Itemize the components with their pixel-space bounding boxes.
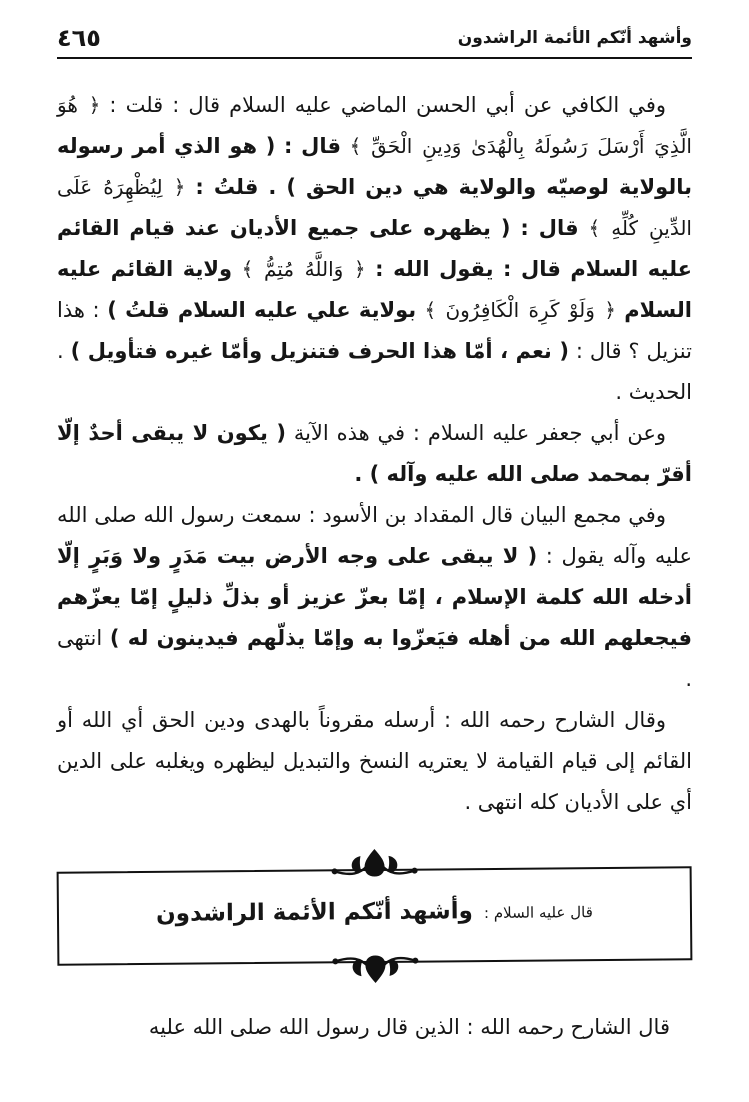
hadith-box-text: قال عليه السلام : وأشهد أنّكم الأئمة الر… [156,897,593,927]
paragraph: وقال الشارح رحمه الله : أرسله مقروناً با… [57,700,692,823]
hadith-box-quote: وأشهد أنّكم الأئمة الراشدون [156,898,473,927]
quran-verse: ﴿ وَاللَّهُ مُتِمُّ ﴾ [242,257,366,281]
page-number: ٤٦٥ [57,26,101,50]
text-segment: بولاية علي عليه السلام قلتُ ) [107,298,424,322]
text-segment: وفي الكافي عن أبي الحسن الماضي عليه السل… [100,93,666,117]
hadith-box-lead: قال عليه السلام : [484,903,593,922]
running-title: وأشهد أنّكم الأئمة الراشدون [458,28,692,48]
arabesque-finial-bottom-icon [305,953,445,984]
text-segment: وعن أبي جعفر عليه السلام : في هذه الآية [286,421,666,445]
header-rule [57,57,692,59]
text-segment: ( نعم ، أمّا هذا الحرف فتنزيل وأمّا غيره… [71,339,569,363]
hadith-box: قال عليه السلام : وأشهد أنّكم الأئمة الر… [57,866,693,966]
page-header: وأشهد أنّكم الأئمة الراشدون ٤٦٥ [57,24,692,48]
quran-verse: ﴿ وَلَوْ كَرِهَ الْكَافِرُونَ ﴾ [424,298,616,322]
text-segment: وقال الشارح رحمه الله : أرسله مقروناً با… [57,708,692,814]
paragraph: وفي الكافي عن أبي الحسن الماضي عليه السل… [57,85,692,413]
hadith-box-wrap: قال عليه السلام : وأشهد أنّكم الأئمة الر… [57,866,693,966]
paragraph: وفي مجمع البيان قال المقداد بن الأسود : … [57,495,692,700]
body-text: وفي الكافي عن أبي الحسن الماضي عليه السل… [57,85,692,823]
paragraph: قال الشارح رحمه الله : الذين قال رسول ال… [57,1007,692,1048]
paragraph: وعن أبي جعفر عليه السلام : في هذه الآية … [57,413,692,495]
book-page: وأشهد أنّكم الأئمة الراشدون ٤٦٥ وفي الكا… [0,0,749,1102]
arabesque-finial-top-icon [304,847,444,878]
